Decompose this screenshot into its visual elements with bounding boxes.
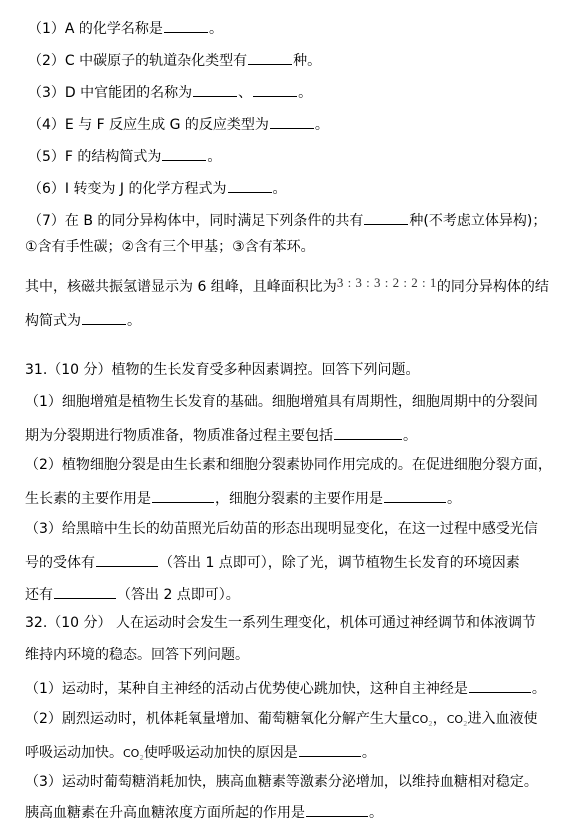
co2-formula: CO xyxy=(447,713,463,726)
co2-formula: CO xyxy=(123,747,139,760)
q32-header-line2: 维持内环境的稳态。回答下列问题。 xyxy=(25,646,249,664)
q31-p3-text3: 还有 xyxy=(25,587,53,603)
nmr-text-suffix: 的同分异构体的结 xyxy=(437,279,549,295)
q31-p1-line1: （1）细胞增殖是植物生长发育的基础。细胞增殖具有周期性，细胞周期中的分裂间 xyxy=(25,393,538,411)
answer-blank[interactable] xyxy=(253,82,297,97)
answer-blank[interactable] xyxy=(248,50,292,65)
punct: 、 xyxy=(238,85,252,101)
punct: 。 xyxy=(403,428,417,444)
punct: 。 xyxy=(447,491,461,507)
chem-q3: （3）D 中官能团的名称为、。 xyxy=(28,82,312,102)
co2-subscript: 2 xyxy=(428,720,432,728)
punct: 种(不考虑立体异构)； xyxy=(409,213,546,229)
chem-q7-text: （7）在 B 的同分异构体中，同时满足下列条件的共有 xyxy=(28,213,363,229)
q31-p2-line2: 生长素的主要作用是，细胞分裂素的主要作用是。 xyxy=(25,488,461,508)
q31-p1-text: （1）细胞增殖是植物生长发育的基础。细胞增殖具有周期性，细胞周期中的分裂间 xyxy=(25,394,538,410)
chem-q1-text: （1）A 的化学名称是 xyxy=(28,21,163,37)
punct: 。 xyxy=(207,149,221,165)
punct: 。 xyxy=(273,181,287,197)
q31-p2-mid: ，细胞分裂素的主要作用是 xyxy=(215,491,383,507)
answer-blank[interactable] xyxy=(228,178,272,193)
answer-blank[interactable] xyxy=(96,552,158,567)
q31-header: 31.（10 分）植物的生长发育受多种因素调控。回答下列问题。 xyxy=(25,361,420,379)
nmr-text: 其中，核磁共振氢谱显示为 6 组峰，且峰面积比为 xyxy=(25,279,337,295)
answer-blank[interactable] xyxy=(82,310,126,325)
q31-p2-line1: （2）植物细胞分裂是由生长素和细胞分裂素协同作用完成的。在促进细胞分裂方面， xyxy=(25,456,552,474)
punct: 。 xyxy=(298,85,312,101)
q32-header-text2: 维持内环境的稳态。回答下列问题。 xyxy=(25,647,249,663)
q32-header-line1: 32.（10 分） 人在运动时会发生一系列生理变化，机体可通过神经调节和体液调节 xyxy=(25,614,536,632)
chem-q6: （6）I 转变为 J 的化学方程式为。 xyxy=(28,178,287,198)
punct: 。 xyxy=(362,745,376,761)
q31-p3-text: （3）给黑暗中生长的幼苗照光后幼苗的形态出现明显变化，在这一过程中感受光信 xyxy=(25,521,538,537)
chem-q7: （7）在 B 的同分异构体中，同时满足下列条件的共有种(不考虑立体异构)； xyxy=(28,210,546,230)
q32-p2-text2: 呼吸运动加快。 xyxy=(25,745,123,761)
co2-formula: CO xyxy=(412,713,428,726)
q32-p1-text: （1）运动时，某种自主神经的活动占优势使心跳加快，这种自主神经是 xyxy=(25,681,468,697)
answer-blank[interactable] xyxy=(306,802,368,817)
q32-p2-suffix: 进入血液使 xyxy=(468,711,538,727)
answer-blank[interactable] xyxy=(54,584,116,599)
punct: 。 xyxy=(127,313,141,329)
chem-q5-text: （5）F 的结构简式为 xyxy=(28,149,161,165)
punct: 。 xyxy=(369,805,383,821)
answer-blank[interactable] xyxy=(299,742,361,757)
chem-q1: （1）A 的化学名称是。 xyxy=(28,18,223,38)
q31-p3-suffix: （答出 2 点即可）。 xyxy=(117,587,240,603)
chem-q5: （5）F 的结构简式为。 xyxy=(28,146,221,166)
punct: 种。 xyxy=(293,53,321,69)
punct: 。 xyxy=(315,117,329,133)
chem-q6-text: （6）I 转变为 J 的化学方程式为 xyxy=(28,181,227,197)
q32-p3-text: （3）运动时葡萄糖消耗加快，胰高血糖素等激素分泌增加，以维持血糖相对稳定。 xyxy=(25,774,538,790)
q31-p2-text2: 生长素的主要作用是 xyxy=(25,491,151,507)
q32-p3-text2: 胰高血糖素在升高血糖浓度方面所起的作用是 xyxy=(25,805,305,821)
punct: 。 xyxy=(209,21,223,37)
q31-p1-line2: 期为分裂期进行物质准备，物质准备过程主要包括。 xyxy=(25,425,417,445)
answer-blank[interactable] xyxy=(164,18,208,33)
q32-p1: （1）运动时，某种自主神经的活动占优势使心跳加快，这种自主神经是。 xyxy=(25,678,546,698)
answer-blank[interactable] xyxy=(193,82,237,97)
q32-p3-line2: 胰高血糖素在升高血糖浓度方面所起的作用是。 xyxy=(25,802,383,822)
q32-p2-mid: 使呼吸运动加快的原因是 xyxy=(144,745,298,761)
q31-header-text: 31.（10 分）植物的生长发育受多种因素调控。回答下列问题。 xyxy=(25,362,420,378)
q31-p3-mid: （答出 1 点即可），除了光，调节植物生长发育的环境因素 xyxy=(159,555,520,571)
punct: 。 xyxy=(532,681,546,697)
q31-p3-text2: 号的受体有 xyxy=(25,555,95,571)
chem-q7-nmr-line1: 其中，核磁共振氢谱显示为 6 组峰，且峰面积比为3 : 3 : 3 : 2 : … xyxy=(25,278,549,296)
q31-p3-line3: 还有（答出 2 点即可）。 xyxy=(25,584,240,604)
answer-blank[interactable] xyxy=(162,146,206,161)
co2-subscript: 2 xyxy=(139,754,143,762)
chem-q4: （4）E 与 F 反应生成 G 的反应类型为。 xyxy=(28,114,329,134)
q32-header-text: 32.（10 分） 人在运动时会发生一系列生理变化，机体可通过神经调节和体液调节 xyxy=(25,615,536,631)
conditions-text: ①含有手性碳；②含有三个甲基；③含有苯环。 xyxy=(25,239,315,255)
answer-blank[interactable] xyxy=(152,488,214,503)
q31-p2-text: （2）植物细胞分裂是由生长素和细胞分裂素协同作用完成的。在促进细胞分裂方面， xyxy=(25,457,552,473)
chem-q2: （2）C 中碳原子的轨道杂化类型有种。 xyxy=(28,50,321,70)
answer-blank[interactable] xyxy=(384,488,446,503)
nmr-line2-text: 构简式为 xyxy=(25,313,81,329)
q32-p3-line1: （3）运动时葡萄糖消耗加快，胰高血糖素等激素分泌增加，以维持血糖相对稳定。 xyxy=(25,773,538,791)
q32-p2-line2: 呼吸运动加快。CO2使呼吸运动加快的原因是。 xyxy=(25,742,376,764)
co2-subscript: 2 xyxy=(463,720,467,728)
answer-blank[interactable] xyxy=(270,114,314,129)
answer-blank[interactable] xyxy=(469,678,531,693)
chem-q4-text: （4）E 与 F 反应生成 G 的反应类型为 xyxy=(28,117,269,133)
chem-q7-conditions: ①含有手性碳；②含有三个甲基；③含有苯环。 xyxy=(25,238,315,256)
peak-area-ratio: 3 : 3 : 3 : 2 : 2 : 1 xyxy=(337,275,437,290)
q32-p2-line1: （2）剧烈运动时，机体耗氧量增加、葡萄糖氧化分解产生大量CO2，CO2进入血液使 xyxy=(25,710,538,730)
q31-p1-text2: 期为分裂期进行物质准备，物质准备过程主要包括 xyxy=(25,428,333,444)
q31-p3-line2: 号的受体有（答出 1 点即可），除了光，调节植物生长发育的环境因素 xyxy=(25,552,520,572)
chem-q7-nmr-line2: 构简式为。 xyxy=(25,310,141,330)
chem-q3-text: （3）D 中官能团的名称为 xyxy=(28,85,192,101)
answer-blank[interactable] xyxy=(334,425,402,440)
chem-q2-text: （2）C 中碳原子的轨道杂化类型有 xyxy=(28,53,247,69)
q31-p3-line1: （3）给黑暗中生长的幼苗照光后幼苗的形态出现明显变化，在这一过程中感受光信 xyxy=(25,520,538,538)
q32-p2-text: （2）剧烈运动时，机体耗氧量增加、葡萄糖氧化分解产生大量 xyxy=(25,711,412,727)
answer-blank[interactable] xyxy=(364,210,408,225)
punct: ， xyxy=(433,711,447,727)
